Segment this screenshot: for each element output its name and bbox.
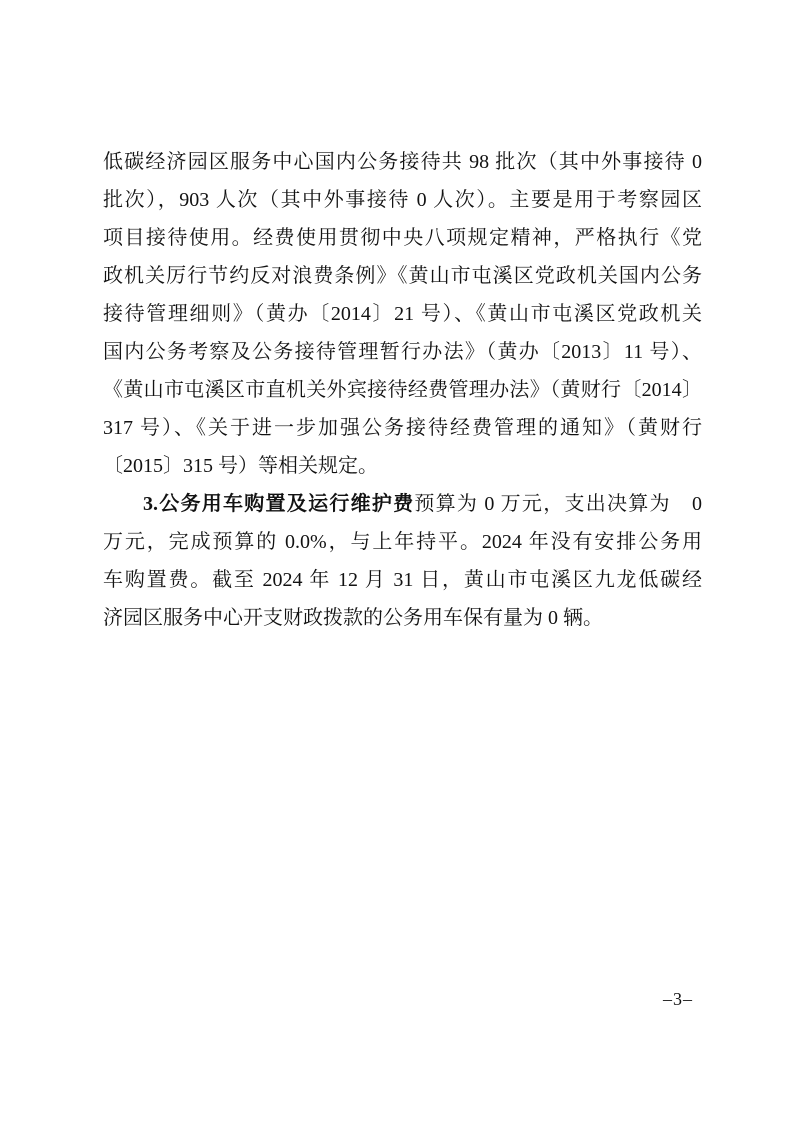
text-line: 车购置费。截至 2024 年 12 月 31 日，黄山市屯溪区九龙低碳经 — [103, 561, 702, 599]
document-page: 低碳经济园区服务中心国内公务接待共 98 批次（其中外事接待 0 批次），903… — [0, 0, 793, 1122]
text-line: 政机关厉行节约反对浪费条例》《黄山市屯溪区党政机关国内公务 — [103, 257, 702, 295]
page-number: –3– — [640, 989, 716, 1009]
text-line: 国内公务考察及公务接待管理暂行办法》（黄办〔2013〕11 号）、 — [103, 333, 702, 371]
text-line: 3.公务用车购置及运行维护费预算为 0 万元，支出决算为 0 — [103, 485, 702, 523]
body-text: 低碳经济园区服务中心国内公务接待共 98 批次（其中外事接待 0 批次），903… — [103, 143, 702, 637]
subsection-3-heading: 3.公务用车购置及运行维护费 — [143, 493, 414, 515]
text-line: 〔2015〕315 号）等相关规定。 — [103, 447, 702, 485]
text-line: 济园区服务中心开支财政拨款的公务用车保有量为 0 辆。 — [103, 599, 702, 637]
text-line: 批次），903 人次（其中外事接待 0 人次）。主要是用于考察园区 — [103, 181, 702, 219]
text-segment: 预算为 0 万元，支出决算为 0 — [414, 493, 702, 515]
text-line: 接待管理细则》（黄办〔2014〕21 号）、《黄山市屯溪区党政机关 — [103, 295, 702, 333]
text-line: 《黄山市屯溪区市直机关外宾接待经费管理办法》（黄财行〔2014〕 — [103, 371, 702, 409]
text-line: 项目接待使用。经费使用贯彻中央八项规定精神，严格执行《党 — [103, 219, 702, 257]
text-line: 317 号）、《关于进一步加强公务接待经费管理的通知》（黄财行 — [103, 409, 702, 447]
text-line: 万元，完成预算的 0.0%，与上年持平。2024 年没有安排公务用 — [103, 523, 702, 561]
text-line: 低碳经济园区服务中心国内公务接待共 98 批次（其中外事接待 0 — [103, 143, 702, 181]
